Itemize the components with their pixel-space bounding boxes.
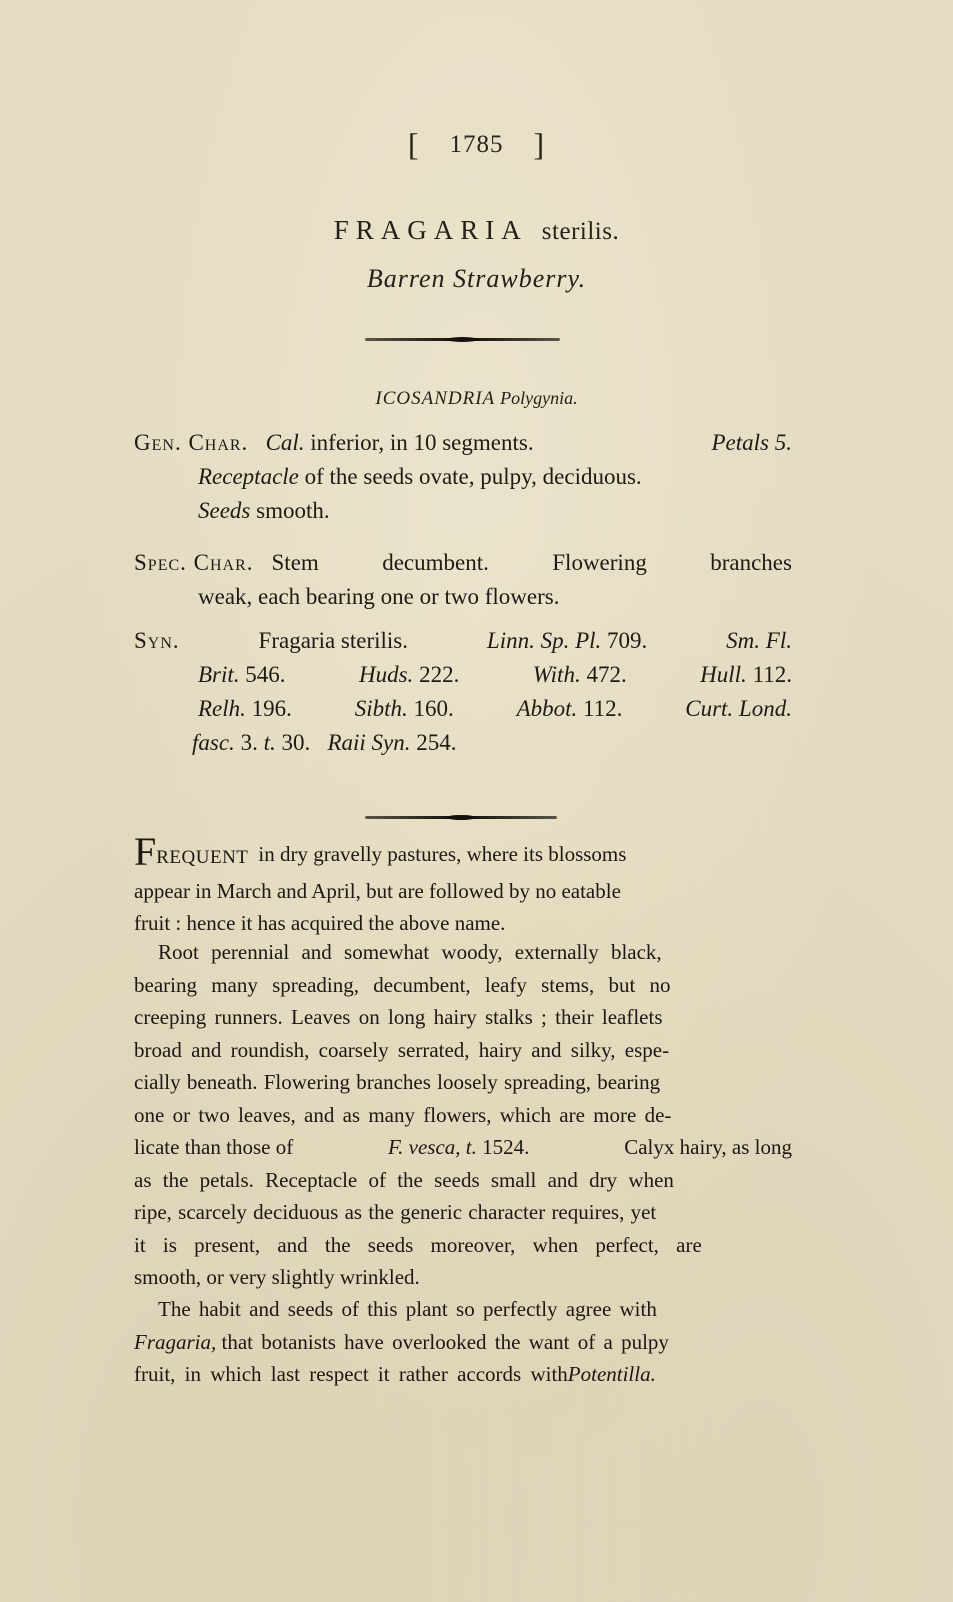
plate-number: 1785 xyxy=(450,131,504,158)
syn-ref: Abbot. 112. xyxy=(517,692,623,726)
gen-char-line-3: Seeds smooth. xyxy=(134,494,792,528)
syn-ref: Hull. 112. xyxy=(700,658,792,692)
syn-ref: Brit. 546. xyxy=(198,658,286,692)
open-bracket: [ xyxy=(408,126,420,163)
text-line: broad and roundish, coarsely serrated, h… xyxy=(134,1034,792,1067)
text-line: fruit : hence it has acquired the above … xyxy=(134,907,792,940)
text-line: FREQUENT in dry gravelly pastures, where… xyxy=(134,838,792,875)
text-line: Fragaria, that botanists have overlooked… xyxy=(134,1326,792,1359)
syn-line-1: Syn. Fragaria sterilis. Linn. Sp. Pl. 70… xyxy=(134,624,792,658)
generic-character: Gen. Char. Cal. inferior, in 10 segments… xyxy=(134,426,792,528)
spec-char-line-1: Spec. Char. Stemdecumbent.Floweringbranc… xyxy=(134,546,792,580)
gen-char-label: Gen. Char. xyxy=(134,430,248,455)
syn-line-3: Relh. 196. Sibth. 160. Abbot. 112. Curt.… xyxy=(134,692,792,726)
text-line: smooth, or very slightly wrinkled. xyxy=(134,1261,792,1294)
text-line: Root perennial and somewhat woody, exter… xyxy=(134,936,792,969)
petals-term: Petals 5. xyxy=(712,426,793,460)
species-reference: F. vesca, t. 1524. xyxy=(388,1131,529,1164)
description-paragraph-3: The habit and seeds of this plant so per… xyxy=(134,1293,792,1391)
spec-char-line-2: weak, each bearing one or two flowers. xyxy=(134,580,792,614)
syn-ref: Huds. 222. xyxy=(359,658,459,692)
gen-char-line-1: Gen. Char. Cal. inferior, in 10 segments… xyxy=(134,426,792,460)
text-line: fruit, in which last respect it rather a… xyxy=(134,1358,792,1391)
seeds-term: Seeds xyxy=(198,498,250,523)
syn-line-2: Brit. 546. Huds. 222. With. 472. Hull. 1… xyxy=(134,658,792,692)
genus-name: FRAGARIA xyxy=(334,215,528,245)
text-line: creeping runners. Leaves on long hairy s… xyxy=(134,1001,792,1034)
syn-ref: Linn. Sp. Pl. 709. xyxy=(487,624,647,658)
drop-cap: F xyxy=(134,829,156,874)
small-caps-word: REQUENT xyxy=(156,847,248,868)
text-line: The habit and seeds of this plant so per… xyxy=(134,1293,792,1326)
text-line: appear in March and April, but are follo… xyxy=(134,875,792,908)
genus-reference: Fragaria, xyxy=(134,1326,216,1359)
syn-ref: Sm. Fl. xyxy=(726,624,792,658)
text-line: bearing many spreading, decumbent, leafy… xyxy=(134,969,792,1002)
syn-ref: Relh. 196. xyxy=(198,692,292,726)
text-line: as the petals. Receptacle of the seeds s… xyxy=(134,1164,792,1197)
book-page: [1785] FRAGARIAsterilis. Barren Strawber… xyxy=(0,0,953,1602)
description-paragraph-2: Root perennial and somewhat woody, exter… xyxy=(134,936,792,1294)
species-title: FRAGARIAsterilis. xyxy=(0,215,953,246)
text-line: ripe, scarcely deciduous as the generic … xyxy=(134,1196,792,1229)
genus-reference: Potentilla. xyxy=(568,1358,656,1391)
species-epithet: sterilis. xyxy=(542,218,619,245)
page-number: [1785] xyxy=(0,126,953,163)
syn-line-4: fasc. 3. t. 30. Raii Syn. 254. xyxy=(134,726,792,760)
syn-label: Syn. xyxy=(134,624,180,658)
syn-ref: Sibth. 160. xyxy=(355,692,454,726)
syn-ref: t. 30. xyxy=(264,726,311,760)
spec-char-text-1: Stemdecumbent.Floweringbranches xyxy=(272,546,792,580)
order-name: Polygynia. xyxy=(500,388,577,408)
decorative-rule-icon xyxy=(365,338,560,341)
description-paragraph-1: FREQUENT in dry gravelly pastures, where… xyxy=(134,838,792,940)
text-line: one or two leaves, and as many flowers, … xyxy=(134,1099,792,1132)
close-bracket: ] xyxy=(534,126,546,163)
spec-char-label: Spec. Char. xyxy=(134,546,254,580)
cal-term: Cal. xyxy=(266,430,305,455)
gen-char-line-2: Receptacle of the seeds ovate, pulpy, de… xyxy=(134,460,792,494)
syn-ref: With. 472. xyxy=(533,658,627,692)
syn-ref: Curt. Lond. xyxy=(685,692,792,726)
text-line: it is present, and the seeds moreover, w… xyxy=(134,1229,792,1262)
text-line: cially beneath. Flowering branches loose… xyxy=(134,1066,792,1099)
receptacle-term: Receptacle xyxy=(198,464,299,489)
linnaean-classification: ICOSANDRIAPolygynia. xyxy=(0,388,953,410)
text-line: licate than those of F. vesca, t. 1524. … xyxy=(134,1131,792,1164)
syn-ref: fasc. 3. xyxy=(192,726,258,760)
decorative-rule-icon xyxy=(365,816,557,819)
syn-ref: Raii Syn. 254. xyxy=(327,726,456,760)
common-name: Barren Strawberry. xyxy=(0,264,953,294)
syn-name: Fragaria sterilis. xyxy=(259,624,408,658)
class-name: ICOSANDRIA xyxy=(375,388,495,409)
synonyms: Syn. Fragaria sterilis. Linn. Sp. Pl. 70… xyxy=(134,624,792,760)
specific-character: Spec. Char. Stemdecumbent.Floweringbranc… xyxy=(134,546,792,614)
